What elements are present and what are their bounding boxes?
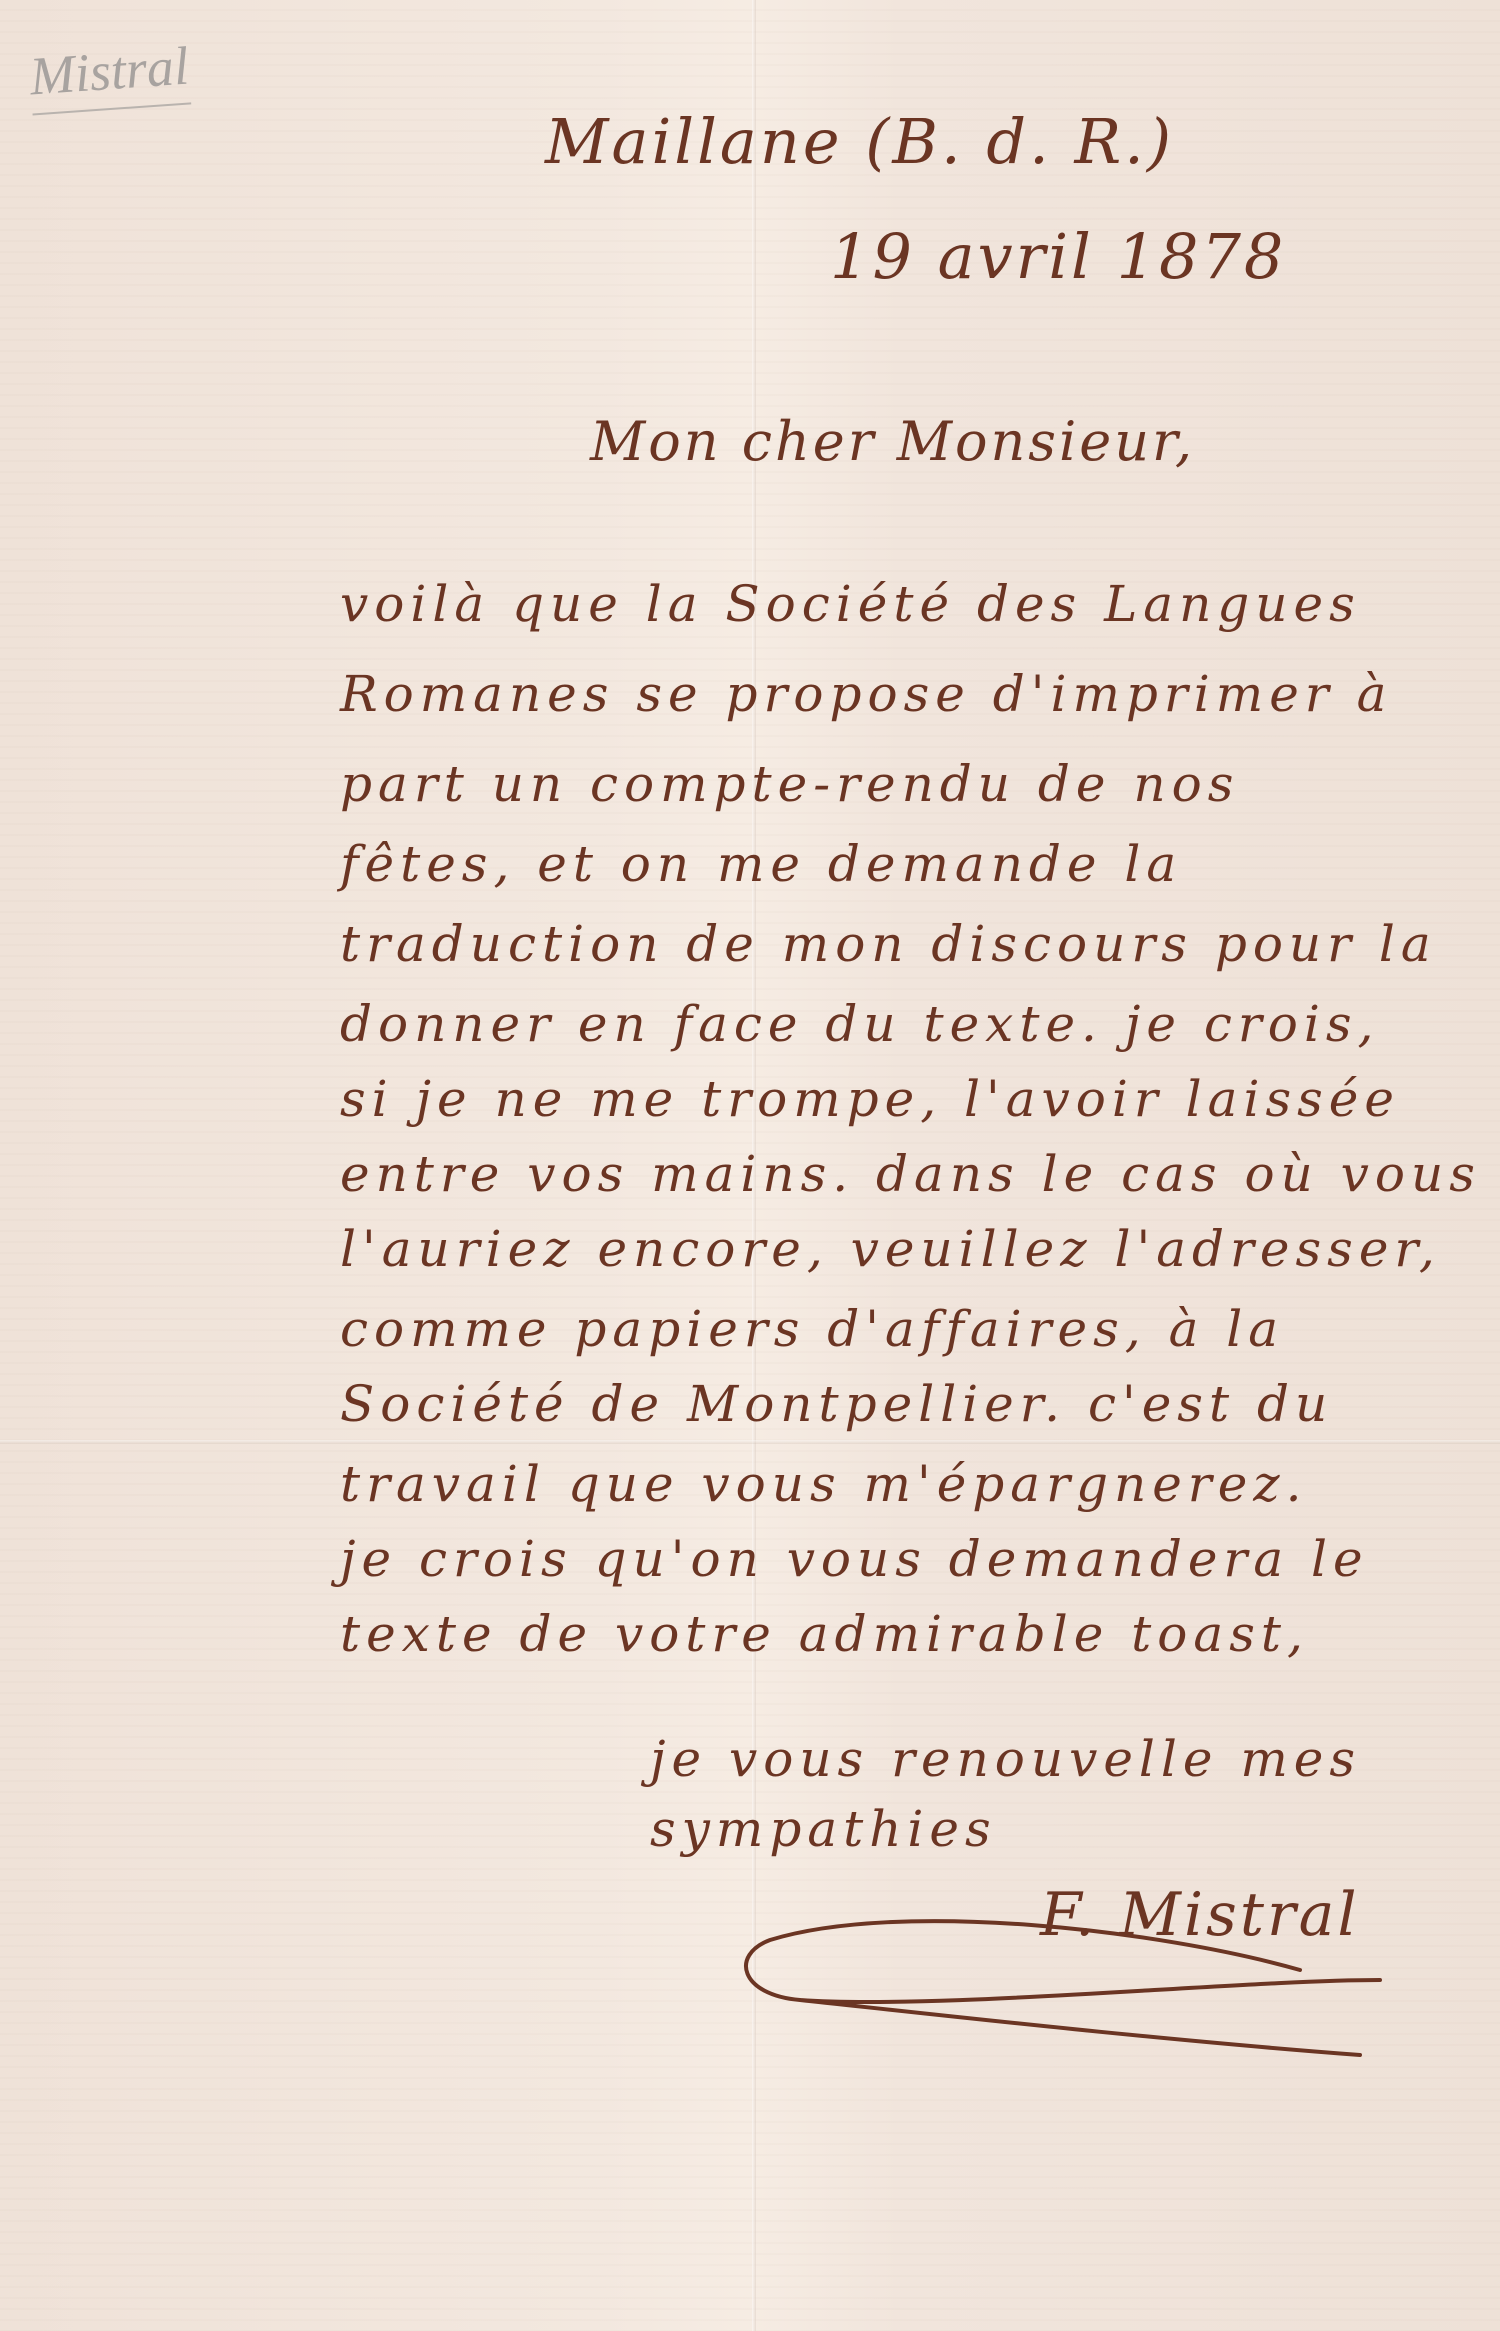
signature-flourish-icon — [740, 1900, 1440, 2060]
horizontal-fold-crease — [0, 1440, 1500, 1444]
body-line: je crois qu'on vous demandera le — [340, 1530, 1369, 1588]
body-line: fêtes, et on me demande la — [340, 835, 1182, 893]
letter-place: Maillane (B. d. R.) — [545, 105, 1174, 178]
body-line: donner en face du texte. je crois, — [340, 995, 1379, 1053]
body-line: Romanes se propose d'imprimer à — [340, 665, 1392, 723]
letter-salutation: Mon cher Monsieur, — [590, 410, 1195, 473]
body-line: traduction de mon discours pour la — [340, 915, 1437, 973]
letter-date: 19 avril 1878 — [830, 220, 1286, 293]
body-line: comme papiers d'affaires, à la — [340, 1300, 1284, 1358]
body-line: part un compte-rendu de nos — [340, 755, 1239, 813]
body-line: entre vos mains. dans le cas où vous — [340, 1145, 1481, 1203]
body-line: l'auriez encore, veuillez l'adresser, — [340, 1220, 1441, 1278]
closing-line: je vous renouvelle mes — [650, 1730, 1361, 1788]
closing-line: sympathies — [650, 1800, 997, 1858]
body-line: voilà que la Société des Langues — [340, 575, 1361, 633]
letter-page: Mistral Maillane (B. d. R.) 19 avril 187… — [0, 0, 1500, 2331]
archive-pencil-annotation: Mistral — [28, 35, 192, 116]
body-line: texte de votre admirable toast, — [340, 1605, 1309, 1663]
body-line: travail que vous m'épargnerez. — [340, 1455, 1308, 1513]
body-line: si je ne me trompe, l'avoir laissée — [340, 1070, 1400, 1128]
body-line: Société de Montpellier. c'est du — [340, 1375, 1333, 1433]
